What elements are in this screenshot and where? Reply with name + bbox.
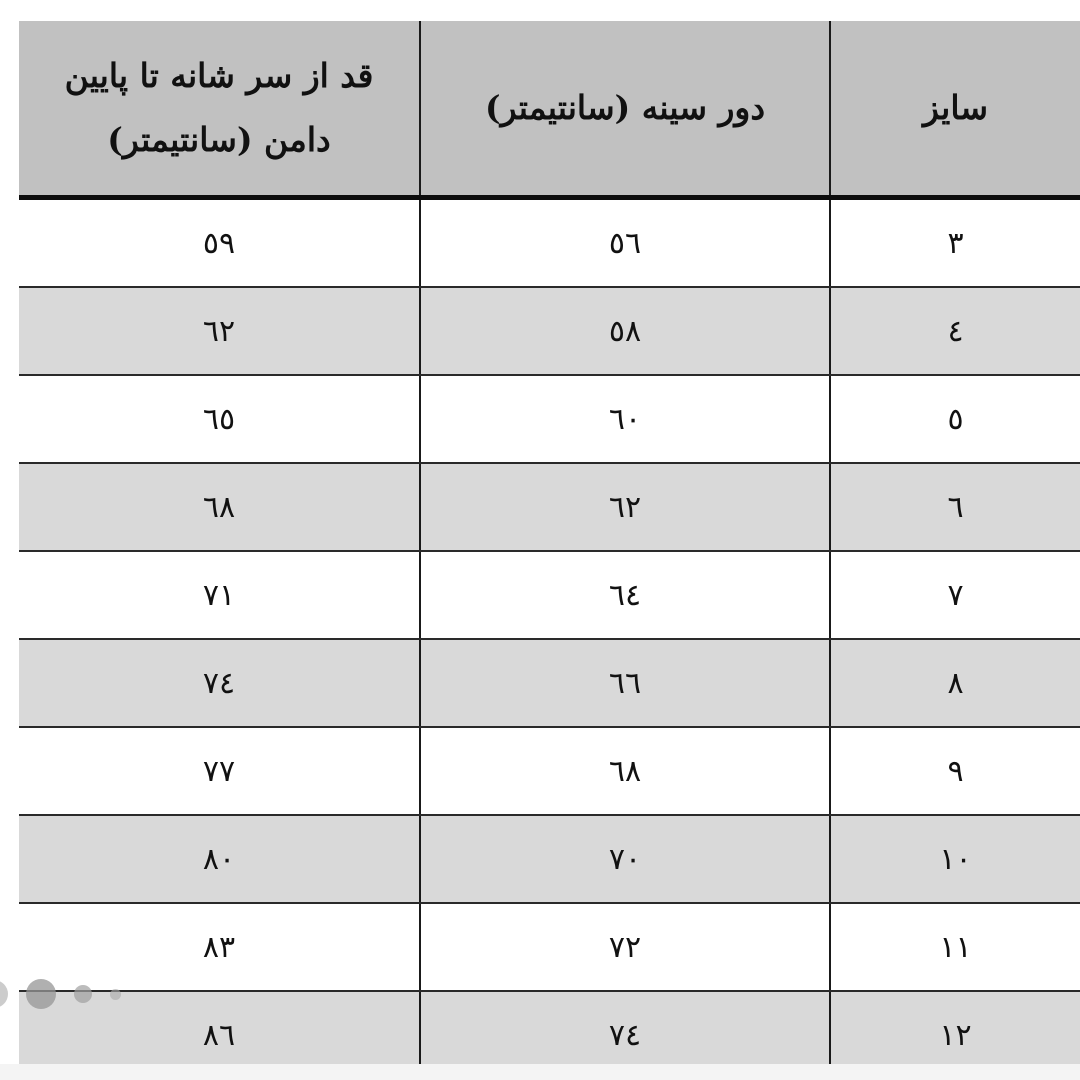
header-size: سایز: [830, 21, 1080, 198]
size-chart-page: سایز دور سینه (سانتیمتر) قد از سر شانه ت…: [0, 0, 1080, 1080]
table-row: ٣ ٥٦ ٥٩: [19, 198, 1080, 288]
cell-size: ٧: [830, 551, 1080, 639]
pager-dot-icon[interactable]: [26, 979, 56, 1009]
header-chest: دور سینه (سانتیمتر): [420, 21, 830, 198]
table-row: ١٠ ٧٠ ٨٠: [19, 815, 1080, 903]
size-chart-container: سایز دور سینه (سانتیمتر) قد از سر شانه ت…: [19, 21, 1080, 1064]
cell-size: ١١: [830, 903, 1080, 991]
cell-chest: ٥٨: [420, 287, 830, 375]
cell-length: ٥٩: [19, 198, 420, 288]
cell-length: ٧١: [19, 551, 420, 639]
cell-chest: ٦٤: [420, 551, 830, 639]
table-row: ٩ ٦٨ ٧٧: [19, 727, 1080, 815]
table-row: ٥ ٦٠ ٦٥: [19, 375, 1080, 463]
bottom-margin: [0, 1064, 1080, 1080]
pager-dot-icon[interactable]: [110, 989, 121, 1000]
cell-chest: ٦٨: [420, 727, 830, 815]
cell-chest: ٧٠: [420, 815, 830, 903]
cell-size: ٣: [830, 198, 1080, 288]
header-length: قد از سر شانه تا پایین دامن (سانتیمتر): [19, 21, 420, 198]
table-row: ٦ ٦٢ ٦٨: [19, 463, 1080, 551]
cell-length: ٦٢: [19, 287, 420, 375]
carousel-dots-icon[interactable]: [0, 978, 121, 1010]
cell-size: ٩: [830, 727, 1080, 815]
cell-length: ٨٠: [19, 815, 420, 903]
table-row: ٨ ٦٦ ٧٤: [19, 639, 1080, 727]
cell-chest: ٧٢: [420, 903, 830, 991]
cell-chest: ٦٦: [420, 639, 830, 727]
cell-size: ١٢: [830, 991, 1080, 1064]
cell-length: ٧٤: [19, 639, 420, 727]
table-row: ١١ ٧٢ ٨٣: [19, 903, 1080, 991]
cell-length: ٧٧: [19, 727, 420, 815]
table-row: ٤ ٥٨ ٦٢: [19, 287, 1080, 375]
cell-length: ٦٨: [19, 463, 420, 551]
cell-chest: ٧٤: [420, 991, 830, 1064]
cell-size: ٨: [830, 639, 1080, 727]
size-chart-table: سایز دور سینه (سانتیمتر) قد از سر شانه ت…: [19, 21, 1080, 1064]
cell-chest: ٦٠: [420, 375, 830, 463]
cell-chest: ٦٢: [420, 463, 830, 551]
cell-size: ١٠: [830, 815, 1080, 903]
cell-chest: ٥٦: [420, 198, 830, 288]
pager-dot-icon[interactable]: [74, 985, 92, 1003]
cell-length: ٦٥: [19, 375, 420, 463]
cell-size: ٥: [830, 375, 1080, 463]
pager-dot-icon[interactable]: [0, 980, 8, 1008]
header-row: سایز دور سینه (سانتیمتر) قد از سر شانه ت…: [19, 21, 1080, 198]
table-row: ١٢ ٧٤ ٨٦: [19, 991, 1080, 1064]
table-row: ٧ ٦٤ ٧١: [19, 551, 1080, 639]
cell-size: ٤: [830, 287, 1080, 375]
cell-size: ٦: [830, 463, 1080, 551]
